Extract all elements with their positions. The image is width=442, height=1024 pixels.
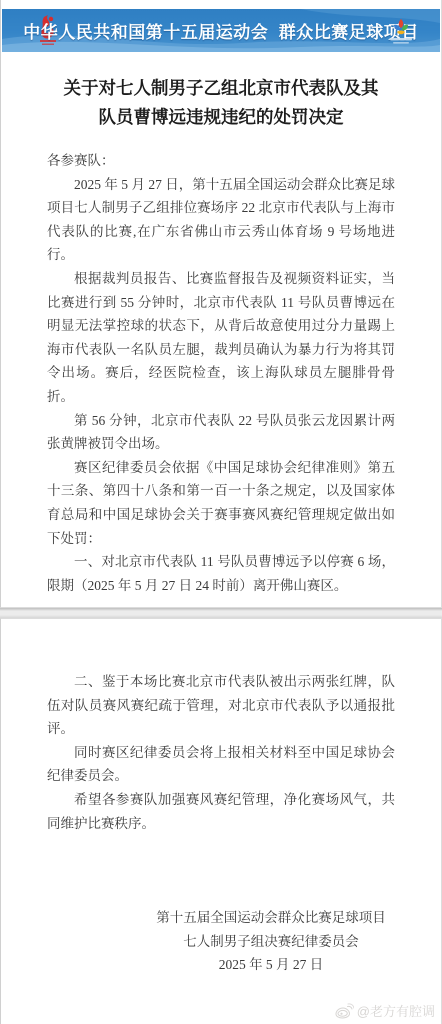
paragraph-second-sendoff: 第 56 分钟，北京市代表队 22 号队员张云龙因累计两张黄牌被罚令出场。 bbox=[47, 409, 395, 456]
games-logo-icon bbox=[388, 15, 414, 52]
paragraph-rules-basis: 赛区纪律委员会依据《中国足球协会纪律准则》第五十三条、第四十八条和第一百一十条之… bbox=[47, 456, 395, 550]
banner-title: 中华人民共和国第十五届运动会 群众比赛足球项目 bbox=[23, 18, 418, 43]
paragraph-report-to-cfa: 同时赛区纪律委员会将上报相关材料至中国足球协会纪律委员会。 bbox=[47, 741, 395, 788]
page-break-divider bbox=[0, 608, 442, 618]
paragraph-penalty-one: 一、对北京市代表队 11 号队员曹博远予以停赛 6 场，限期（2025 年 5 … bbox=[47, 550, 395, 597]
paragraph-match-info: 2025 年 5 月 27 日，第十五届全国运动会群众比赛足球项目七人制男子乙组… bbox=[47, 173, 395, 267]
watermark: @老方有腔调 bbox=[335, 1001, 435, 1020]
document-page-1: 中华人民共和国第十五届运动会 群众比赛足球项目 关于对七人制男子乙组北京市代表队… bbox=[0, 0, 442, 608]
weibo-icon bbox=[335, 1003, 354, 1019]
document-title: 关于对七人制男子乙组北京市代表队及其 队员曹博远违规违纪的处罚决定 bbox=[1, 74, 441, 132]
signature-committee-line: 七人制男子组决赛纪律委员会 bbox=[153, 930, 389, 954]
document-title-line1: 关于对七人制男子乙组北京市代表队及其 bbox=[1, 74, 441, 103]
paragraph-closing-hope: 希望各参赛队加强赛风赛纪管理，净化赛场风气，共同维护比赛秩序。 bbox=[47, 788, 395, 835]
header-banner: 中华人民共和国第十五届运动会 群众比赛足球项目 bbox=[2, 9, 440, 52]
signature-org-line: 第十五届全国运动会群众比赛足球项目 bbox=[153, 906, 389, 930]
paragraph-penalty-two: 二、鉴于本场比赛北京市代表队被出示两张红牌，队伍对队员赛风赛纪疏于管理，对北京市… bbox=[47, 670, 395, 741]
document-title-line2: 队员曹博远违规违纪的处罚决定 bbox=[1, 103, 441, 132]
signature-date: 2025 年 5 月 27 日 bbox=[153, 953, 389, 977]
signature-block: 第十五届全国运动会群众比赛足球项目 七人制男子组决赛纪律委员会 2025 年 5… bbox=[153, 906, 389, 977]
watermark-text: @老方有腔调 bbox=[357, 1001, 435, 1020]
salutation: 各参赛队： bbox=[47, 149, 395, 173]
page1-body: 各参赛队： 2025 年 5 月 27 日，第十五届全国运动会群众比赛足球项目七… bbox=[1, 149, 441, 597]
page2-body: 二、鉴于本场比赛北京市代表队被出示两张红牌，队伍对队员赛风赛纪疏于管理，对北京市… bbox=[1, 619, 441, 835]
paragraph-incident: 根据裁判员报告、比赛监督报告及视频资料证实，当比赛进行到 55 分钟时，北京市代… bbox=[47, 267, 395, 409]
document-page-2: 二、鉴于本场比赛北京市代表队被出示两张红牌，队伍对队员赛风赛纪疏于管理，对北京市… bbox=[0, 618, 442, 1024]
